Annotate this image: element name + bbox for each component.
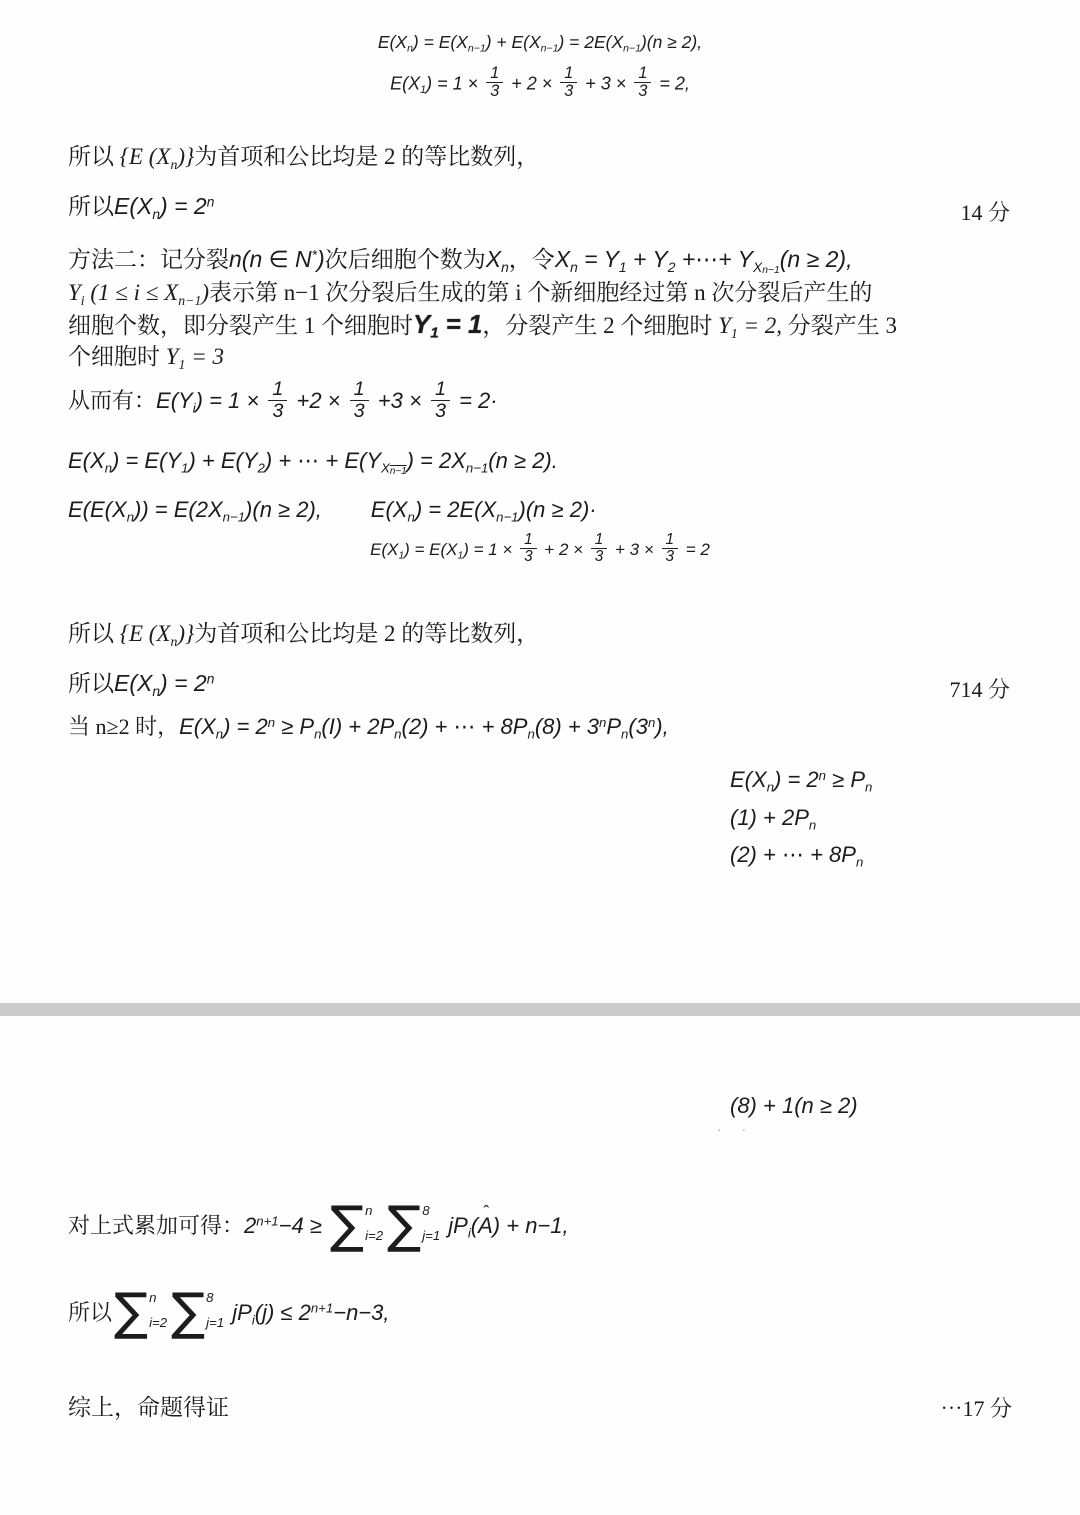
formula-right-block-line1: E(Xn) = 2n ≥ Pn [730, 766, 872, 796]
text-exn-equals-2n-2: 所以E(Xn) = 2n [68, 669, 214, 701]
paragraph-method2-line2: Yi (1 ≤ i ≤ Xn−1)表示第 n−1 次分裂后生成的第 i 个新细胞… [68, 278, 872, 310]
formula-summation-inequality: 对上式累加可得：2n+1−4 ≥ ∑ni=2∑8j=1 jPi(ˆA) + n−… [68, 1203, 569, 1251]
formula-right-block-line4: (8) + 1(n ≥ 2) [730, 1092, 858, 1121]
formula-e-of-exn: E(E(Xn)) = E(2Xn−1)(n ≥ 2), E(Xn) = 2E(X… [68, 496, 597, 526]
formula-right-block-line2: (1) + 2Pn [730, 804, 816, 834]
formula-exn-sum-of-y: E(Xn) = E(Y1) + E(Y2) + ⋯ + E(YXn−1) = 2… [68, 447, 558, 479]
formula-exn-recurrence: E(Xn) = E(Xn−1) + E(Xn−1) = 2E(Xn−1)(n ≥… [0, 31, 1080, 56]
paragraph-method2-line1: 方法二：记分裂n(n ∈ N*)次后细胞个数为Xn，令Xn = Y1 + Y2 … [68, 245, 852, 278]
text-geometric-sequence-conclusion-1: 所以 {E (Xn)}为首项和公比均是 2 的等比数列， [68, 142, 539, 174]
formula-ex1-expectation: E(X1) = 1 × 13 + 2 × 13 + 3 × 13 = 2, [0, 67, 1080, 102]
formula-ex1-centered: E(X1) = E(X1) = 1 × 13 + 2 × 13 + 3 × 13… [0, 534, 1080, 567]
text-exn-equals-2n-1: 所以E(Xn) = 2n [68, 192, 214, 224]
score-mark-714: 714 分 [949, 676, 1010, 705]
formula-right-block-line3: (2) + ⋯ + 8Pn [730, 841, 863, 871]
page-break-divider [0, 1003, 1080, 1016]
text-final-conclusion: 综上，命题得证 [68, 1393, 229, 1423]
score-mark-17: ⋯17 分 [940, 1395, 1012, 1424]
faint-scan-marks: · · [717, 1120, 754, 1138]
document-page: E(Xn) = E(Xn−1) + E(Xn−1) = 2E(Xn−1)(n ≥… [0, 0, 1080, 1515]
paragraph-method2-line3: 细胞个数，即分裂产生 1 个细胞时Y1 = 1，分裂产生 2 个细胞时 Y1 =… [68, 309, 897, 343]
formula-inequality-pn: 当 n≥2 时，E(Xn) = 2n ≥ Pn(I) + 2Pn(2) + ⋯ … [68, 713, 669, 743]
formula-eyi-expectation: 从而有：E(Yi) = 1 × 13 +2 × 13 +3 × 13 = 2· [68, 381, 498, 424]
text-geometric-sequence-conclusion-2: 所以 {E (Xn)}为首项和公比均是 2 的等比数列， [68, 619, 539, 651]
formula-final-summation: 所以∑ni=2∑8j=1 jPi(j) ≤ 2n+1−n−3, [68, 1290, 390, 1338]
paragraph-method2-line4: 个细胞时 Y1 = 3 [68, 342, 224, 374]
score-mark-14: 14 分 [960, 199, 1010, 228]
